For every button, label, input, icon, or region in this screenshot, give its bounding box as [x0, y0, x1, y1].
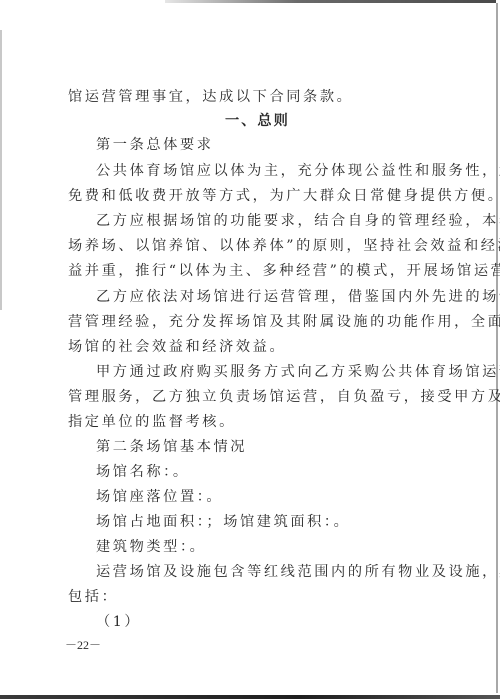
text-line: 包括：	[68, 586, 118, 606]
scan-edge-left	[0, 30, 2, 310]
text-line: 场馆的社会效益和经济效益。	[68, 336, 286, 356]
text-line: 馆运营管理事宜，达成以下合同条款。	[68, 86, 353, 106]
text-line: 第二条场馆基本情况	[96, 436, 247, 456]
scan-edge-top	[165, 0, 496, 3]
text-line: 乙方应根据场馆的功能要求，结合自身的管理经验，本着“以	[96, 210, 500, 230]
text-line: 场馆名称：。	[96, 461, 190, 481]
scan-edge-bottom	[0, 695, 500, 699]
scan-edge-right	[496, 3, 498, 693]
text-line: 建筑物类型：。	[96, 536, 206, 556]
text-line: 公共体育场馆应以体为主，充分体现公益性和服务性，通过	[96, 160, 500, 180]
text-line: （1）	[96, 611, 141, 631]
text-line: 第一条总体要求	[96, 134, 214, 154]
text-line: 运营场馆及设施包含等红线范围内的所有物业及设施，具体	[96, 561, 500, 581]
text-line: 甲方通过政府购买服务方式向乙方采购公共体育场馆运营	[96, 361, 500, 381]
text-line: 场馆占地面积：；场馆建筑面积：。	[96, 511, 350, 531]
text-line: 乙方应依法对场馆进行运营管理，借鉴国内外先进的场馆运	[96, 286, 500, 306]
text-line: 场养场、以馆养馆、以体养体”的原则，坚持社会效益和经济效	[68, 235, 500, 255]
text-line: 营管理经验，充分发挥场馆及其附属设施的功能作用，全面提高	[68, 311, 500, 331]
text-line: 免费和低收费开放等方式，为广大群众日常健身提供方便。	[68, 185, 500, 205]
section-heading: 一、总则	[225, 110, 290, 130]
text-line: 益并重，推行“以体为主、多种经营”的模式，开展场馆运营。	[68, 260, 500, 280]
text-line: 管理服务，乙方独立负责场馆运营，自负盈亏，接受甲方及甲方	[68, 386, 500, 406]
page-number: －22－	[65, 636, 101, 653]
text-line: 指定单位的监督考核。	[68, 411, 236, 431]
text-line: 场馆座落位置：。	[96, 486, 223, 506]
